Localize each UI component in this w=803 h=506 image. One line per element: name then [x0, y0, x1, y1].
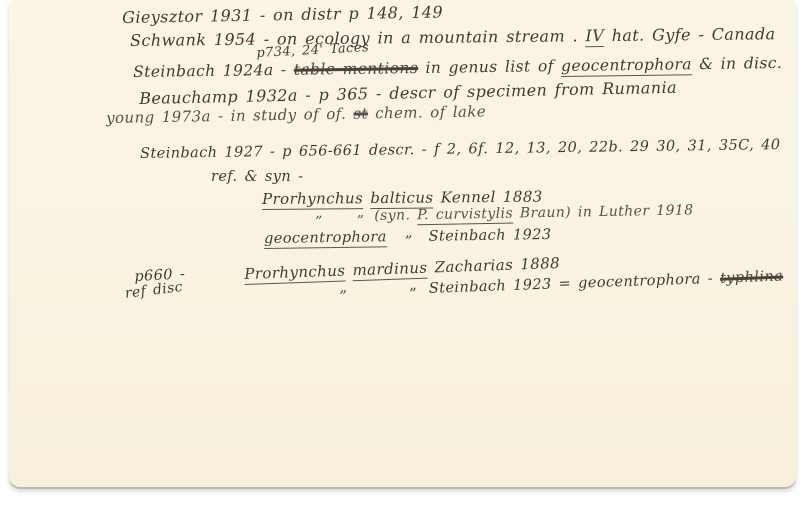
handwriting-segment-crossed-out: table mentions	[294, 59, 419, 79]
handwriting-line-steinbach-1927: Steinbach 1927 - p 656-661 descr. - f 2,…	[140, 137, 781, 162]
handwriting-segment-underlined: geocentrophora	[561, 55, 692, 77]
handwriting-segment: young 1973a - in study of of.	[106, 105, 354, 127]
handwriting-segment-species-underlined: mardinus	[352, 259, 428, 282]
ditto-mark: ”	[339, 289, 347, 305]
handwriting-segment: (syn.	[374, 207, 417, 224]
handwriting-segment-genus-underlined: Prorhynchus	[244, 261, 346, 285]
handwriting-segment: Steinbach 1924a -	[133, 61, 294, 81]
ditto-mark: ”	[405, 234, 413, 250]
index-card: Gieysztor 1931 - on distr p 148, 149 Sch…	[9, 0, 796, 487]
handwriting-segment-species-underlined: balticus	[370, 189, 433, 210]
handwriting-segment-crossed-out: st	[353, 104, 368, 122]
handwriting-segment-genus-underlined: geocentrophora	[264, 229, 387, 249]
handwriting-segment: & in disc.	[692, 54, 783, 73]
handwriting-segment-genus-underlined: Prorhynchus	[262, 189, 363, 210]
handwriting-line-steinbach-1924a: Steinbach 1924a - table mentions in genu…	[133, 54, 782, 81]
handwriting-segment-underlined: IV	[585, 26, 604, 47]
margin-note-ref-disc: ref disc	[124, 279, 184, 302]
handwriting-line-geocentrophora-steinbach-1923: geocentrophora”Steinbach 1923	[264, 227, 552, 247]
ditto-mark: ”	[357, 213, 365, 229]
handwriting-line-gieysztor-1931: Gieysztor 1931 - on distr p 148, 149	[122, 2, 443, 27]
handwriting-segment: chem. of lake	[368, 102, 486, 122]
handwriting-segment: hat. Gyfe - Canada	[604, 24, 776, 45]
handwriting-segment-crossed-out: typhlina	[720, 269, 784, 287]
handwriting-segment: Steinbach 1923	[428, 227, 551, 245]
scan-background: Gieysztor 1931 - on distr p 148, 149 Sch…	[0, 0, 803, 506]
ditto-mark: ”	[409, 286, 417, 302]
handwriting-segment-underlined: P. curvistylis	[417, 206, 513, 226]
handwriting-line-ref-and-syn: ref. & syn -	[211, 169, 303, 185]
ditto-mark: ”	[315, 214, 323, 230]
handwriting-segment: in genus list of	[418, 57, 561, 77]
handwriting-line-schwank-1954: Schwank 1954 - on ecology in a mountain …	[130, 24, 776, 50]
handwriting-segment: Zacharias 1888	[427, 254, 560, 277]
handwriting-segment: Kennel 1883	[433, 188, 542, 207]
handwriting-segment: Braun) in Luther 1918	[513, 202, 694, 221]
